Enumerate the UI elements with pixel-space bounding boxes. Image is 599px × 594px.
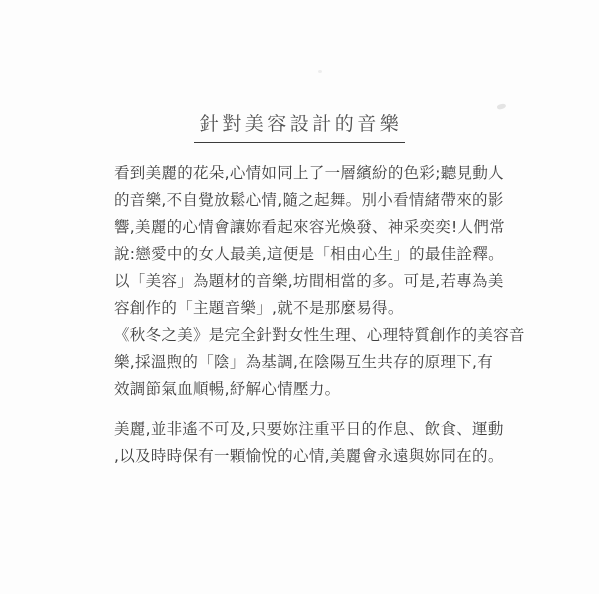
text-line: 看到美麗的花朵,心情如同上了一層繽紛的色彩;聽見動人 [114,161,514,188]
page-title-row: 針對美容設計的音樂 [0,100,599,143]
body-text: 看到美麗的花朵,心情如同上了一層繽紛的色彩;聽見動人 的音樂,不自覺放鬆心情,隨… [114,161,514,471]
scanned-document-page: 針對美容設計的音樂 看到美麗的花朵,心情如同上了一層繽紛的色彩;聽見動人 的音樂… [0,0,599,594]
text-line: 容創作的「主題音樂」,就不是那麼易得。 [114,296,514,323]
text-line: 說:戀愛中的女人最美,這便是「相由心生」的最佳詮釋。 [114,242,514,269]
text-line: 效調節氣血順暢,紓解心情壓力。 [114,377,514,404]
text-line: 《秋冬之美》是完全針對女性生理、心理特質創作的美容音 [114,323,514,350]
page-title: 針對美容設計的音樂 [194,109,406,143]
text-line: ,以及時時保有一顆愉悅的心情,美麗會永遠與妳同在的。 [114,444,514,471]
text-line: 的音樂,不自覺放鬆心情,隨之起舞。別小看情緒帶來的影 [114,188,514,215]
scan-artifact [318,70,322,73]
text-line: 美麗,並非遙不可及,只要妳注重平日的作息、飲食、運動 [114,417,514,444]
text-line: 以「美容」為題材的音樂,坊間相當的多。可是,若專為美 [114,269,514,296]
text-line: 響,美麗的心情會讓妳看起來容光煥發、神采奕奕!人們常 [114,215,514,242]
text-line: 樂,採溫煦的「陰」為基調,在陰陽互生共存的原理下,有 [114,350,514,377]
